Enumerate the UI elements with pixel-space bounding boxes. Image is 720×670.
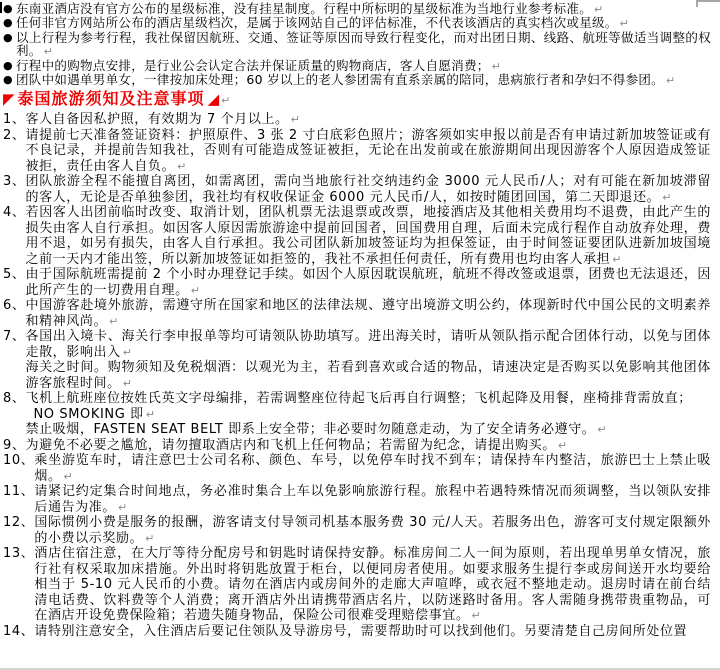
paragraph: 各国出入境卡、海关行李申报单等均可请领队协助填写。进出海关时，请听从领队指示配合… bbox=[25, 329, 711, 360]
list-item: 8、飞机上航班座位按姓氏英文字母编排，若需调整座位待起飞后再自行调整；飞机起降及… bbox=[3, 391, 711, 438]
bullet-note: ●以上行程为参考行程，我社保留因航班、交通、签证等原因而导致行程变化，而对出团日… bbox=[3, 31, 711, 59]
paragraph: 飞机上航班座位按姓氏英文字母编排，若需调整座位待起飞后再自行调整；飞机起降及用餐… bbox=[25, 391, 711, 407]
bullet-icon: ● bbox=[3, 2, 16, 15]
item-text: 请紧记约定集合时间地点，务必准时集合上车以免影响旅游行程。旅程中若遇特殊情况而须… bbox=[34, 484, 711, 515]
item-text: 中国游客赴境外旅游，需遵守所在国家和地区的法律法规、遵守出境游文明公约，体现新时… bbox=[25, 298, 711, 329]
paragraph: 为避免不必要之尴尬，请勿擅取酒店内和飞机上任何物品；若需留为纪念，请提出购买。↵ bbox=[25, 438, 711, 454]
bullet-note-text: 以上行程为参考行程，我社保留因航班、交通、签证等原因而导致行程变化，而对出团日期… bbox=[16, 31, 711, 59]
bullet-note-text: 团队中如遇单男单女，一律按加床处理；60 岁以上的老人参团需有直系亲属的陪同，患… bbox=[16, 73, 711, 87]
item-number: 3、 bbox=[3, 174, 25, 190]
item-number: 11、 bbox=[3, 484, 34, 500]
item-text: 为避免不必要之尴尬，请勿擅取酒店内和飞机上任何物品；若需留为纪念，请提出购买。↵ bbox=[25, 438, 711, 454]
triangle-left-icon: ◤ bbox=[3, 90, 15, 108]
item-number: 9、 bbox=[3, 438, 25, 454]
clipped-text-artifact bbox=[0, 2, 2, 13]
paragraph: 海关之时间。购物须知及免税烟酒：以观光为主，若看到喜欢或合适的物品，请速决定是否… bbox=[25, 360, 711, 391]
item-text: 乘坐游览车时，请注意巴士公司名称、颜色、车号，以免停车时找不到车；请保持车内整洁… bbox=[34, 453, 711, 484]
paragraph-mark-icon: ↵ bbox=[121, 346, 132, 359]
section-heading: ◤泰国旅游须知及注意事项◢↵ bbox=[3, 89, 711, 110]
paragraph-mark-icon: ↵ bbox=[618, 17, 629, 30]
bullet-icon: ● bbox=[3, 16, 16, 29]
item-number: 10、 bbox=[3, 453, 34, 469]
item-text: 由于国际航班需提前 2 个小时办理登记手续。如因个人原因耽误航班，航班不得改签或… bbox=[25, 267, 711, 298]
bullet-note: ●团队中如遇单男单女，一律按加床处理；60 岁以上的老人参团需有直系亲属的陪同，… bbox=[3, 73, 711, 87]
paragraph: 乘坐游览车时，请注意巴士公司名称、颜色、车号，以免停车时找不到车；请保持车内整洁… bbox=[34, 453, 711, 484]
paragraph-mark-icon: ↵ bbox=[470, 609, 481, 622]
item-text: 各国出入境卡、海关行李申报单等均可请领队协助填写。进出海关时，请听从领队指示配合… bbox=[25, 329, 711, 391]
paragraph-mark-icon: ↵ bbox=[556, 439, 567, 452]
paragraph: 中国游客赴境外旅游，需遵守所在国家和地区的法律法规、遵守出境游文明公约，体现新时… bbox=[25, 298, 711, 329]
bullet-icon: ● bbox=[3, 73, 16, 86]
item-text: 国际惯例小费是服务的报酬，游客请支付导领司机基本服务费 30 元/人天。若服务出… bbox=[34, 515, 711, 546]
paragraph-mark-icon: ↵ bbox=[189, 284, 200, 297]
item-number: 2、 bbox=[3, 128, 25, 144]
item-number: 12、 bbox=[3, 515, 34, 531]
paragraph: 请紧记约定集合时间地点，务必准时集合上车以免影响旅游行程。旅程中若遇特殊情况而须… bbox=[34, 484, 711, 515]
bullet-note-text: 行程中的购物点安排，是行业公会认定合法并保证质量的购物商店，客人自愿消费；↵ bbox=[16, 59, 711, 73]
list-item: 5、由于国际航班需提前 2 个小时办理登记手续。如因个人原因耽误航班，航班不得改… bbox=[3, 267, 711, 298]
paragraph-mark-icon: ↵ bbox=[610, 253, 621, 266]
item-number: 1、 bbox=[3, 112, 25, 128]
paragraph-mark-icon: ↵ bbox=[490, 60, 501, 73]
paragraph-mark-icon: ↵ bbox=[143, 532, 154, 545]
paragraph-mark-icon: ↵ bbox=[660, 191, 671, 204]
paragraph: 若因客人出团前临时改变、取消计划，团队机票无法退票或改票，地接酒店及其他相关费用… bbox=[25, 205, 711, 267]
item-text: 客人自备因私护照，有效期为 7 个月以上。↵ bbox=[25, 112, 711, 128]
paragraph-mark-icon: ↵ bbox=[289, 113, 300, 126]
list-item: 1、客人自备因私护照，有效期为 7 个月以上。↵ bbox=[3, 112, 711, 128]
paragraph: 客人自备因私护照，有效期为 7 个月以上。↵ bbox=[25, 112, 711, 128]
paragraph: NO SMOKING 即↵ bbox=[25, 407, 711, 423]
paragraph: 酒店住宿注意，在大厅等待分配房号和钥匙时请保持安静。标准房间二人一间为原则，若出… bbox=[34, 546, 711, 624]
item-text: 团队旅游全程不能擅自离团，如需离团，需向当地旅行社交纳违约金 3000 元人民币… bbox=[25, 174, 711, 205]
item-text: 飞机上航班座位按姓氏英文字母编排，若需调整座位待起飞后再自行调整；飞机起降及用餐… bbox=[25, 391, 711, 438]
bullet-note-text: 任何非官方网站所公布的酒店星级档次，是属于该网站自己的评估标准，不代表该酒店的真… bbox=[16, 16, 711, 30]
paragraph-mark-icon: ↵ bbox=[42, 45, 53, 58]
item-number: 6、 bbox=[3, 298, 25, 314]
list-item: 11、请紧记约定集合时间地点，务必准时集合上车以免影响旅游行程。旅程中若遇特殊情… bbox=[3, 484, 711, 515]
item-text: 若因客人出团前临时改变、取消计划，团队机票无法退票或改票，地接酒店及其他相关费用… bbox=[25, 205, 711, 267]
document-body: ●东南亚酒店没有官方公布的星级标准，没有挂星制度。行程中所标明的星级标准为当地行… bbox=[0, 0, 720, 639]
paragraph-mark-icon: ↵ bbox=[595, 423, 606, 436]
item-number: 7、 bbox=[3, 329, 25, 345]
paragraph: 由于国际航班需提前 2 个小时办理登记手续。如因个人原因耽误航班，航班不得改签或… bbox=[25, 267, 711, 298]
bullet-note: ●东南亚酒店没有官方公布的星级标准，没有挂星制度。行程中所标明的星级标准为当地行… bbox=[3, 2, 711, 16]
paragraph-mark-icon: ↵ bbox=[219, 94, 230, 107]
paragraph: 国际惯例小费是服务的报酬，游客请支付导领司机基本服务费 30 元/人天。若服务出… bbox=[34, 515, 711, 546]
item-text: 请特别注意安全，入住酒店后要记住领队及导游房号，需要帮助时可以找到他们。另要清楚… bbox=[34, 624, 711, 640]
bullet-icon: ● bbox=[3, 31, 16, 44]
item-text: 请提前七天准备签证资料：护照原件、3 张 2 寸白底彩色照片；游客须如实申报以前… bbox=[25, 128, 711, 175]
paragraph: 请特别注意安全，入住酒店后要记住领队及导游房号，需要帮助时可以找到他们。另要清楚… bbox=[34, 624, 711, 640]
notice-list: 1、客人自备因私护照，有效期为 7 个月以上。↵2、请提前七天准备签证资料：护照… bbox=[3, 112, 711, 639]
paragraph-mark-icon: ↵ bbox=[592, 3, 603, 16]
paragraph-mark-icon: ↵ bbox=[664, 74, 675, 87]
item-number: 13、 bbox=[3, 546, 34, 562]
paragraph: 请提前七天准备签证资料：护照原件、3 张 2 寸白底彩色照片；游客须如实申报以前… bbox=[25, 128, 711, 175]
bullet-icon: ● bbox=[3, 59, 16, 72]
list-item: 2、请提前七天准备签证资料：护照原件、3 张 2 寸白底彩色照片；游客须如实申报… bbox=[3, 128, 711, 175]
item-text: 酒店住宿注意，在大厅等待分配房号和钥匙时请保持安静。标准房间二人一间为原则，若出… bbox=[34, 546, 711, 624]
hotel-star-notes: ●东南亚酒店没有官方公布的星级标准，没有挂星制度。行程中所标明的星级标准为当地行… bbox=[3, 2, 711, 87]
item-number: 14、 bbox=[3, 624, 34, 640]
paragraph-mark-icon: ↵ bbox=[175, 160, 186, 173]
paragraph-mark-icon: ↵ bbox=[144, 408, 155, 421]
list-item: 3、团队旅游全程不能擅自离团，如需离团，需向当地旅行社交纳违约金 3000 元人… bbox=[3, 174, 711, 205]
bullet-note: ●任何非官方网站所公布的酒店星级档次，是属于该网站自己的评估标准，不代表该酒店的… bbox=[3, 16, 711, 30]
list-item: 7、各国出入境卡、海关行李申报单等均可请领队协助填写。进出海关时，请听从领队指示… bbox=[3, 329, 711, 391]
list-item: 9、为避免不必要之尴尬，请勿擅取酒店内和飞机上任何物品；若需留为纪念，请提出购买… bbox=[3, 438, 711, 454]
list-item: 14、请特别注意安全，入住酒店后要记住领队及导游房号，需要帮助时可以找到他们。另… bbox=[3, 624, 711, 640]
list-item: 6、中国游客赴境外旅游，需遵守所在国家和地区的法律法规、遵守出境游文明公约，体现… bbox=[3, 298, 711, 329]
paragraph-mark-icon: ↵ bbox=[107, 315, 118, 328]
list-item: 13、酒店住宿注意，在大厅等待分配房号和钥匙时请保持安静。标准房间二人一间为原则… bbox=[3, 546, 711, 624]
list-item: 4、若因客人出团前临时改变、取消计划，团队机票无法退票或改票，地接酒店及其他相关… bbox=[3, 205, 711, 267]
item-number: 8、 bbox=[3, 391, 25, 407]
list-item: 10、乘坐游览车时，请注意巴士公司名称、颜色、车号，以免停车时找不到车；请保持车… bbox=[3, 453, 711, 484]
paragraph-mark-icon: ↵ bbox=[62, 470, 73, 483]
list-item: 12、国际惯例小费是服务的报酬，游客请支付导领司机基本服务费 30 元/人天。若… bbox=[3, 515, 711, 546]
paragraph: 禁止吸烟，FASTEN SEAT BELT 即系上安全带；非必要时勿随意走动，为… bbox=[25, 422, 711, 438]
item-number: 4、 bbox=[3, 205, 25, 221]
clipped-box-artifact bbox=[696, 0, 720, 7]
bullet-note: ●行程中的购物点安排，是行业公会认定合法并保证质量的购物商店，客人自愿消费；↵ bbox=[3, 59, 711, 73]
item-number: 5、 bbox=[3, 267, 25, 283]
paragraph-mark-icon: ↵ bbox=[116, 501, 127, 514]
bullet-note-text: 东南亚酒店没有官方公布的星级标准，没有挂星制度。行程中所标明的星级标准为当地行业… bbox=[16, 2, 711, 16]
paragraph: 团队旅游全程不能擅自离团，如需离团，需向当地旅行社交纳违约金 3000 元人民币… bbox=[25, 174, 711, 205]
section-heading-text: 泰国旅游须知及注意事项 bbox=[18, 89, 205, 108]
document-page: { "colors":{ "background":"#ffffff", "te… bbox=[0, 0, 720, 670]
triangle-right-icon: ◢ bbox=[208, 90, 220, 108]
paragraph-mark-icon: ↵ bbox=[121, 377, 132, 390]
